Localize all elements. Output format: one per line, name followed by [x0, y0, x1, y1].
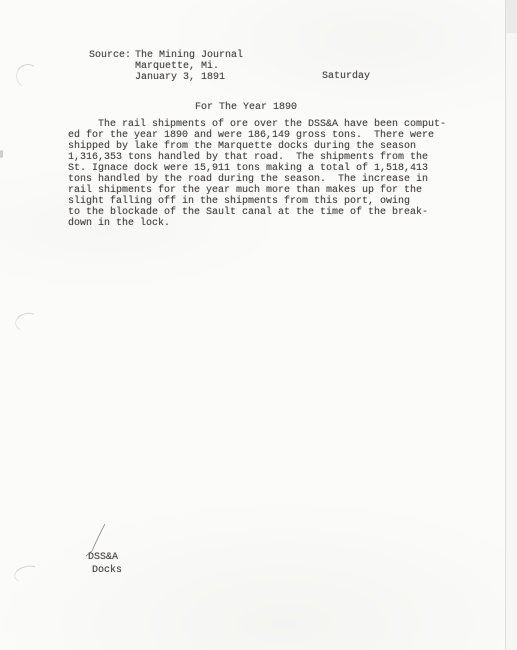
publication-location: Marquette, Mi.	[135, 61, 219, 72]
publication-date: January 3, 1891	[135, 72, 225, 83]
article-title: For The Year 1890	[195, 102, 297, 113]
page-right-edge	[505, 0, 517, 650]
scanned-document-page: Source: The Mining Journal Marquette, Mi…	[0, 0, 517, 650]
source-label: Source:	[89, 50, 131, 61]
publication-weekday: Saturday	[322, 71, 370, 82]
filing-annotation-line2: Docks	[92, 565, 122, 576]
punch-hole-mark-middle	[13, 310, 41, 333]
punch-hole-mark-bottom	[12, 563, 41, 585]
scan-speck	[0, 150, 3, 158]
filing-annotation-line1: DSS&A	[88, 552, 118, 563]
punch-hole-mark-top	[13, 61, 42, 90]
publication-name: The Mining Journal	[135, 50, 243, 61]
scan-corner-shadow	[506, 0, 517, 33]
article-body: The rail shipments of ore over the DSS&A…	[68, 119, 446, 229]
